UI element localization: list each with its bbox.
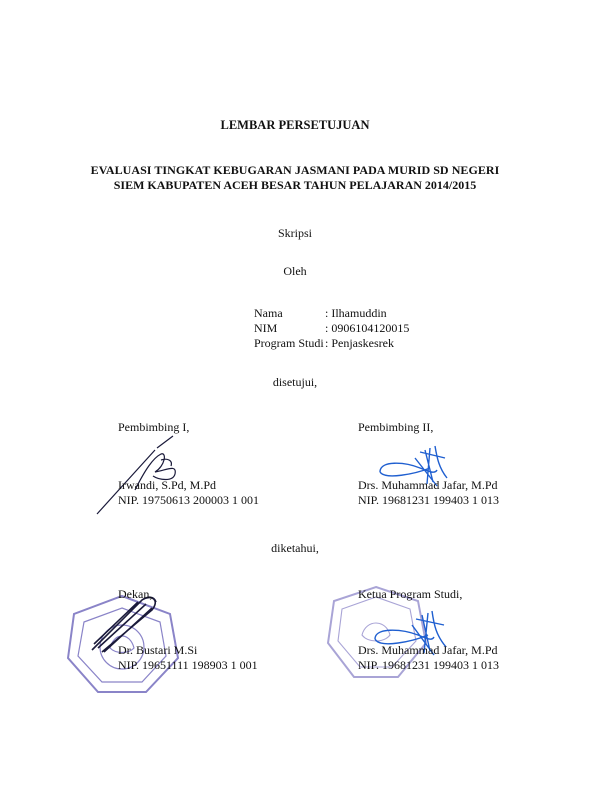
info-label: Program Studi [254,336,325,351]
supervisor-2-nip: NIP. 19681231 199403 1 013 [358,493,499,508]
info-label: NIM [254,321,325,336]
acknowledged-label: diketahui, [0,541,590,556]
supervisor-1-nip: NIP. 19750613 200003 1 001 [118,493,259,508]
document-heading: LEMBAR PERSETUJUAN [0,118,590,133]
author-nim-row: NIM: 0906104120015 [254,321,409,336]
dean-name: Dr. Bustari M.Si [118,643,197,658]
approved-label: disetujui, [0,375,590,390]
supervisor-1-name: Irwandi, S.Pd, M.Pd [118,478,216,493]
info-value: : Ilhamuddin [325,306,387,320]
program-head-role: Ketua Program Studi, [358,587,462,602]
dean-nip: NIP. 19651111 198903 1 001 [118,658,258,673]
info-label: Nama [254,306,325,321]
dean-role: Dekan, [118,587,152,602]
supervisor-2-role: Pembimbing II, [358,420,433,435]
program-head-nip: NIP. 19681231 199403 1 013 [358,658,499,673]
thesis-title-line-1: EVALUASI TINGKAT KEBUGARAN JASMANI PADA … [0,163,590,178]
author-program-row: Program Studi: Penjaskesrek [254,336,394,351]
info-value: : Penjaskesrek [325,336,394,350]
supervisor-2-name: Drs. Muhammad Jafar, M.Pd [358,478,498,493]
info-value: : 0906104120015 [325,321,409,335]
program-head-name: Drs. Muhammad Jafar, M.Pd [358,643,498,658]
document-type: Skripsi [0,226,590,241]
by-label: Oleh [0,264,590,279]
author-name-row: Nama: Ilhamuddin [254,306,387,321]
thesis-title-line-2: SIEM KABUPATEN ACEH BESAR TAHUN PELAJARA… [0,178,590,193]
